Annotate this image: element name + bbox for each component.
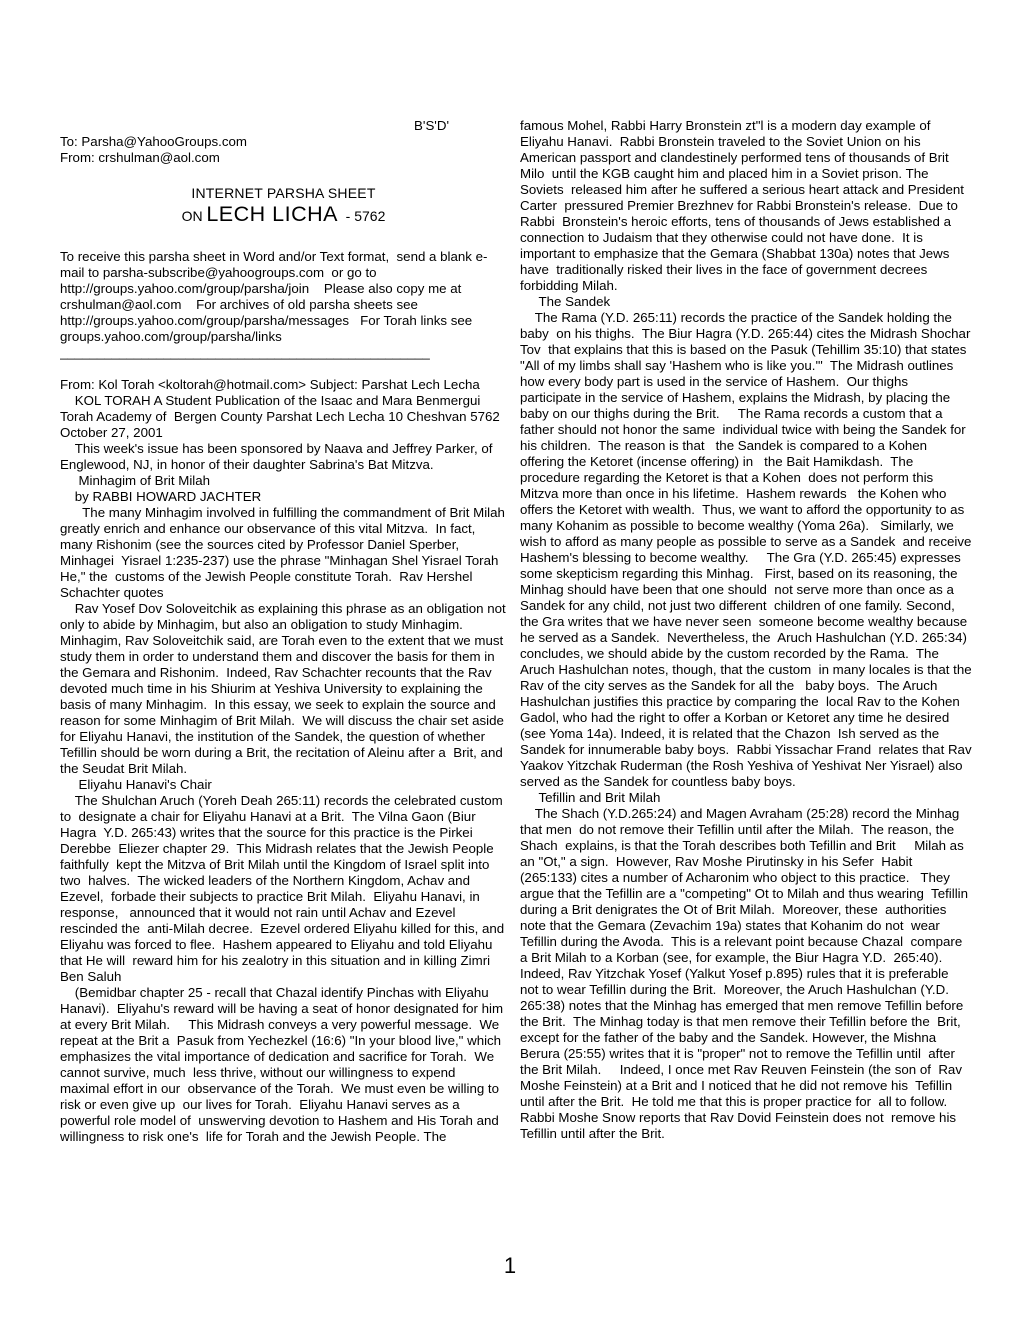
masthead-title: INTERNET PARSHA SHEET	[60, 185, 507, 201]
parsha-title-on: ON	[182, 208, 203, 224]
body-paragraph: The many Minhagim involved in fulfilling…	[60, 505, 507, 601]
bsd-header: B'S'D'	[60, 118, 507, 134]
spacer	[60, 361, 507, 377]
from-line: From: crshulman@aol.com	[60, 150, 507, 166]
spacer	[60, 166, 507, 185]
parsha-title: ON LECH LICHA - 5762	[60, 201, 507, 230]
parsha-title-main: LECH LICHA	[206, 202, 338, 226]
body-paragraph: famous Mohel, Rabbi Harry Bronstein zt"l…	[520, 118, 972, 294]
sponsor-paragraph: This week's issue has been sponsored by …	[60, 441, 507, 473]
spacer	[60, 230, 507, 249]
document-page: B'S'D' To: Parsha@YahooGroups.com From: …	[0, 0, 1020, 1320]
body-paragraph: The Shulchan Aruch (Yoreh Deah 265:11) r…	[60, 793, 507, 985]
article-byline: by RABBI HOWARD JACHTER	[60, 489, 507, 505]
right-column: famous Mohel, Rabbi Harry Bronstein zt"l…	[520, 118, 972, 1142]
section-heading-eliyahu-chair: Eliyahu Hanavi's Chair	[60, 777, 507, 793]
body-paragraph: (Bemidbar chapter 25 - recall that Chaza…	[60, 985, 507, 1145]
divider-line: ________________________________________…	[60, 345, 507, 361]
left-column: B'S'D' To: Parsha@YahooGroups.com From: …	[60, 118, 507, 1145]
body-paragraph: Rav Yosef Dov Soloveitchik as explaining…	[60, 601, 507, 777]
to-line: To: Parsha@YahooGroups.com	[60, 134, 507, 150]
section-heading-tefillin: Tefillin and Brit Milah	[520, 790, 972, 806]
article-title: Minhagim of Brit Milah	[60, 473, 507, 489]
section-heading-sandek: The Sandek	[520, 294, 972, 310]
body-paragraph: The Rama (Y.D. 265:11) records the pract…	[520, 310, 972, 790]
page-number: 1	[0, 1252, 1020, 1280]
kol-torah-from-line: From: Kol Torah <koltorah@hotmail.com> S…	[60, 377, 507, 393]
subscribe-info-paragraph: To receive this parsha sheet in Word and…	[60, 249, 507, 345]
publication-info-paragraph: KOL TORAH A Student Publication of the I…	[60, 393, 507, 441]
parsha-title-year: - 5762	[346, 208, 386, 224]
body-paragraph: The Shach (Y.D.265:24) and Magen Avraham…	[520, 806, 972, 1142]
